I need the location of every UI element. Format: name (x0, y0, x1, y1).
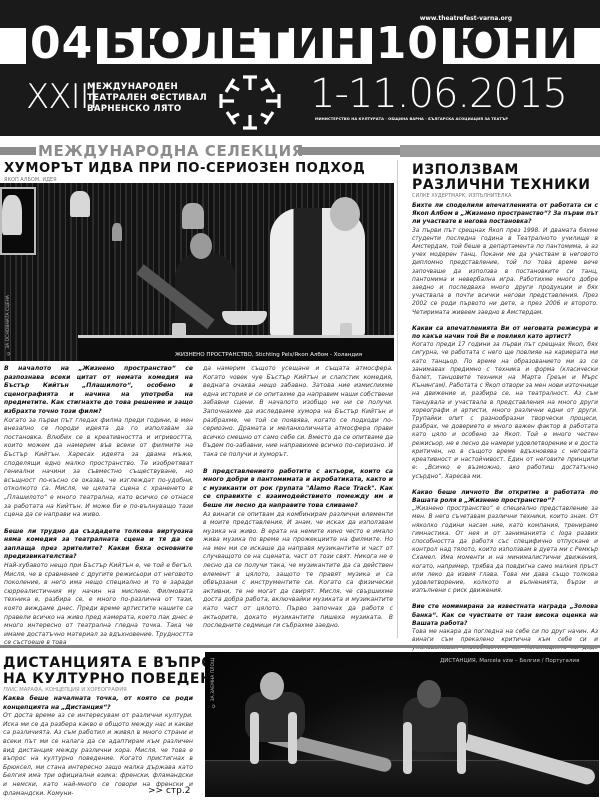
question: Беше ли трудно да създадете толкова вирт… (4, 528, 193, 562)
article-main-photo-credit: © ЗА ОСНОВНАТА СЦЕНА (6, 295, 11, 355)
article-main-photo: ЖИЗНЕНО ПРОСТРАНСТВО, Stichting Pels/Яко… (0, 183, 394, 361)
article-main-column-1: В началото на „Жизнено пространство“ се … (4, 365, 193, 645)
festival-name-line: ВАРНЕНСКО ЛЯТО (87, 104, 207, 115)
festival-name: МЕЖДУНАРОДЕН ТЕАТРАЛЕН ФЕСТИВАЛ ВАРНЕНСК… (87, 82, 207, 115)
answer: Когато за първи път гледах филма преди г… (4, 417, 193, 520)
photo-dancer-arm (403, 722, 412, 774)
photo-bowl (222, 311, 267, 325)
question: В представлението работите с актьори, ко… (203, 468, 393, 511)
issue-number: 04 (26, 22, 97, 66)
answer: За първи път срещнах Якоп през 1998. И д… (412, 227, 598, 317)
article-bottom-photo: ДИСТАНЦИЯ, Marcela vzw – Белгия / Португ… (205, 652, 599, 797)
question: В началото на „Жизнено пространство“ се … (4, 365, 193, 417)
photo-lamp (182, 203, 204, 229)
section-bar-right (298, 147, 400, 155)
article-right-body: Бихте ли споделили впечатленията от рабо… (412, 202, 598, 638)
article-bottom-headline: ДИСТАНЦИЯТА Е ВЪПРОС НА КУЛТУРНО ПОВЕДЕН… (3, 655, 235, 687)
photo-dancer-arm (288, 712, 297, 764)
answer: да намерим същото усещане и същата атмос… (203, 365, 393, 460)
photo-actor-head (330, 197, 360, 231)
festival-name-line: ТЕАТРАЛЕН ФЕСТИВАЛ (87, 93, 207, 104)
section-rule (0, 645, 600, 648)
article-bottom-byline: ЛУИС МАРАФА, КОНЦЕПЦИЯ И ХОРЕОГРАФИЯ (3, 687, 127, 693)
question: Какво беше личното Ви откритие в работат… (412, 489, 598, 505)
festival-t-ring-logo-icon (215, 70, 285, 132)
answer: Когато преди 17 години за първи път срещ… (412, 341, 598, 480)
bulletin-title: 04 БЮЛЕТИН 10 ЮНИ (26, 20, 579, 68)
question: Каква беше началната точка, от която се … (3, 695, 193, 712)
masthead: 04 БЮЛЕТИН 10 ЮНИ www.theatrefest-varna.… (0, 0, 600, 136)
answer: Най-хубавото нещо при Бъстър Кийтън е, ч… (4, 562, 193, 648)
photo-lamp (70, 191, 90, 217)
section-band: МЕЖДУНАРОДНА СЕЛЕКЦИЯ (0, 142, 400, 160)
section-bar-left (0, 147, 36, 155)
title-word: БЮЛЕТИН (103, 22, 365, 66)
article-main-headline: ХУМОРЪТ ИДВА ПРИ ПО-СЕРИОЗЕН ПОДХОД (4, 161, 365, 176)
photo-lamp (112, 223, 122, 241)
photo-lamp (2, 195, 22, 235)
question: Какви са впечатленията Ви от неговата ре… (412, 325, 598, 341)
photo-dancer-head (260, 672, 284, 700)
right-column-band (400, 145, 600, 157)
festival-dates: 1-11.06.2015 (310, 74, 567, 114)
article-right-byline: СИЛКЕ ХУДЕРТМАРК, ИЗПЪЛНИТЕЛКА (412, 193, 511, 199)
column-divider (397, 160, 398, 638)
site-url[interactable]: www.theatrefest-varna.org (420, 15, 512, 22)
article-main-column-2: да намерим същото усещане и същата атмос… (203, 365, 393, 645)
photo-glass (340, 323, 352, 337)
issue-month: ЮНИ (451, 22, 579, 66)
answer: Аз винаги се опитвам да комбинирам разли… (203, 511, 393, 631)
sponsors-line: МИНИСТЕРСТВО НА КУЛТУРАТА · ОБЩИНА ВАРНА… (315, 117, 508, 121)
article-bottom-body: Каква беше началната точка, от която се … (3, 695, 193, 787)
answer: „Жизнено пространство“ е специално предс… (412, 505, 598, 595)
article-bottom-photo-caption: ДИСТАНЦИЯ, Marcela vzw – Белгия / Португ… (440, 658, 579, 664)
festival-name-line: МЕЖДУНАРОДЕН (87, 82, 207, 93)
article-bottom-photo-credit: © ЗА ЗАЕМНА ПЛОЩ (211, 658, 216, 708)
question: Бихте ли споделили впечатленията от рабо… (412, 202, 598, 227)
question: Вие сте номинирана за известната награда… (412, 603, 598, 628)
photo-glass (172, 323, 186, 337)
photo-guitarist-head (190, 233, 212, 259)
headline-line: ДИСТАНЦИЯТА Е ВЪПРОС (3, 655, 235, 671)
photo-dancer-arm (457, 722, 466, 774)
photo-dancer-head (417, 680, 441, 708)
issue-day: 10 (372, 22, 443, 66)
photo-dancer-arm (250, 712, 259, 764)
article-right-headline: ИЗПОЛЗВАМ РАЗЛИЧНИ ТЕХНИКИ (412, 163, 600, 193)
headline-line: НА КУЛТУРНО ПОВЕДЕНИЕ (3, 671, 235, 687)
continue-link[interactable]: >> стр.2 (148, 786, 190, 796)
article-main-photo-caption: ЖИЗНЕНО ПРОСТРАНСТВО, Stichting Pels/Яко… (175, 352, 362, 358)
section-title: МЕЖДУНАРОДНА СЕЛЕКЦИЯ (38, 142, 304, 160)
